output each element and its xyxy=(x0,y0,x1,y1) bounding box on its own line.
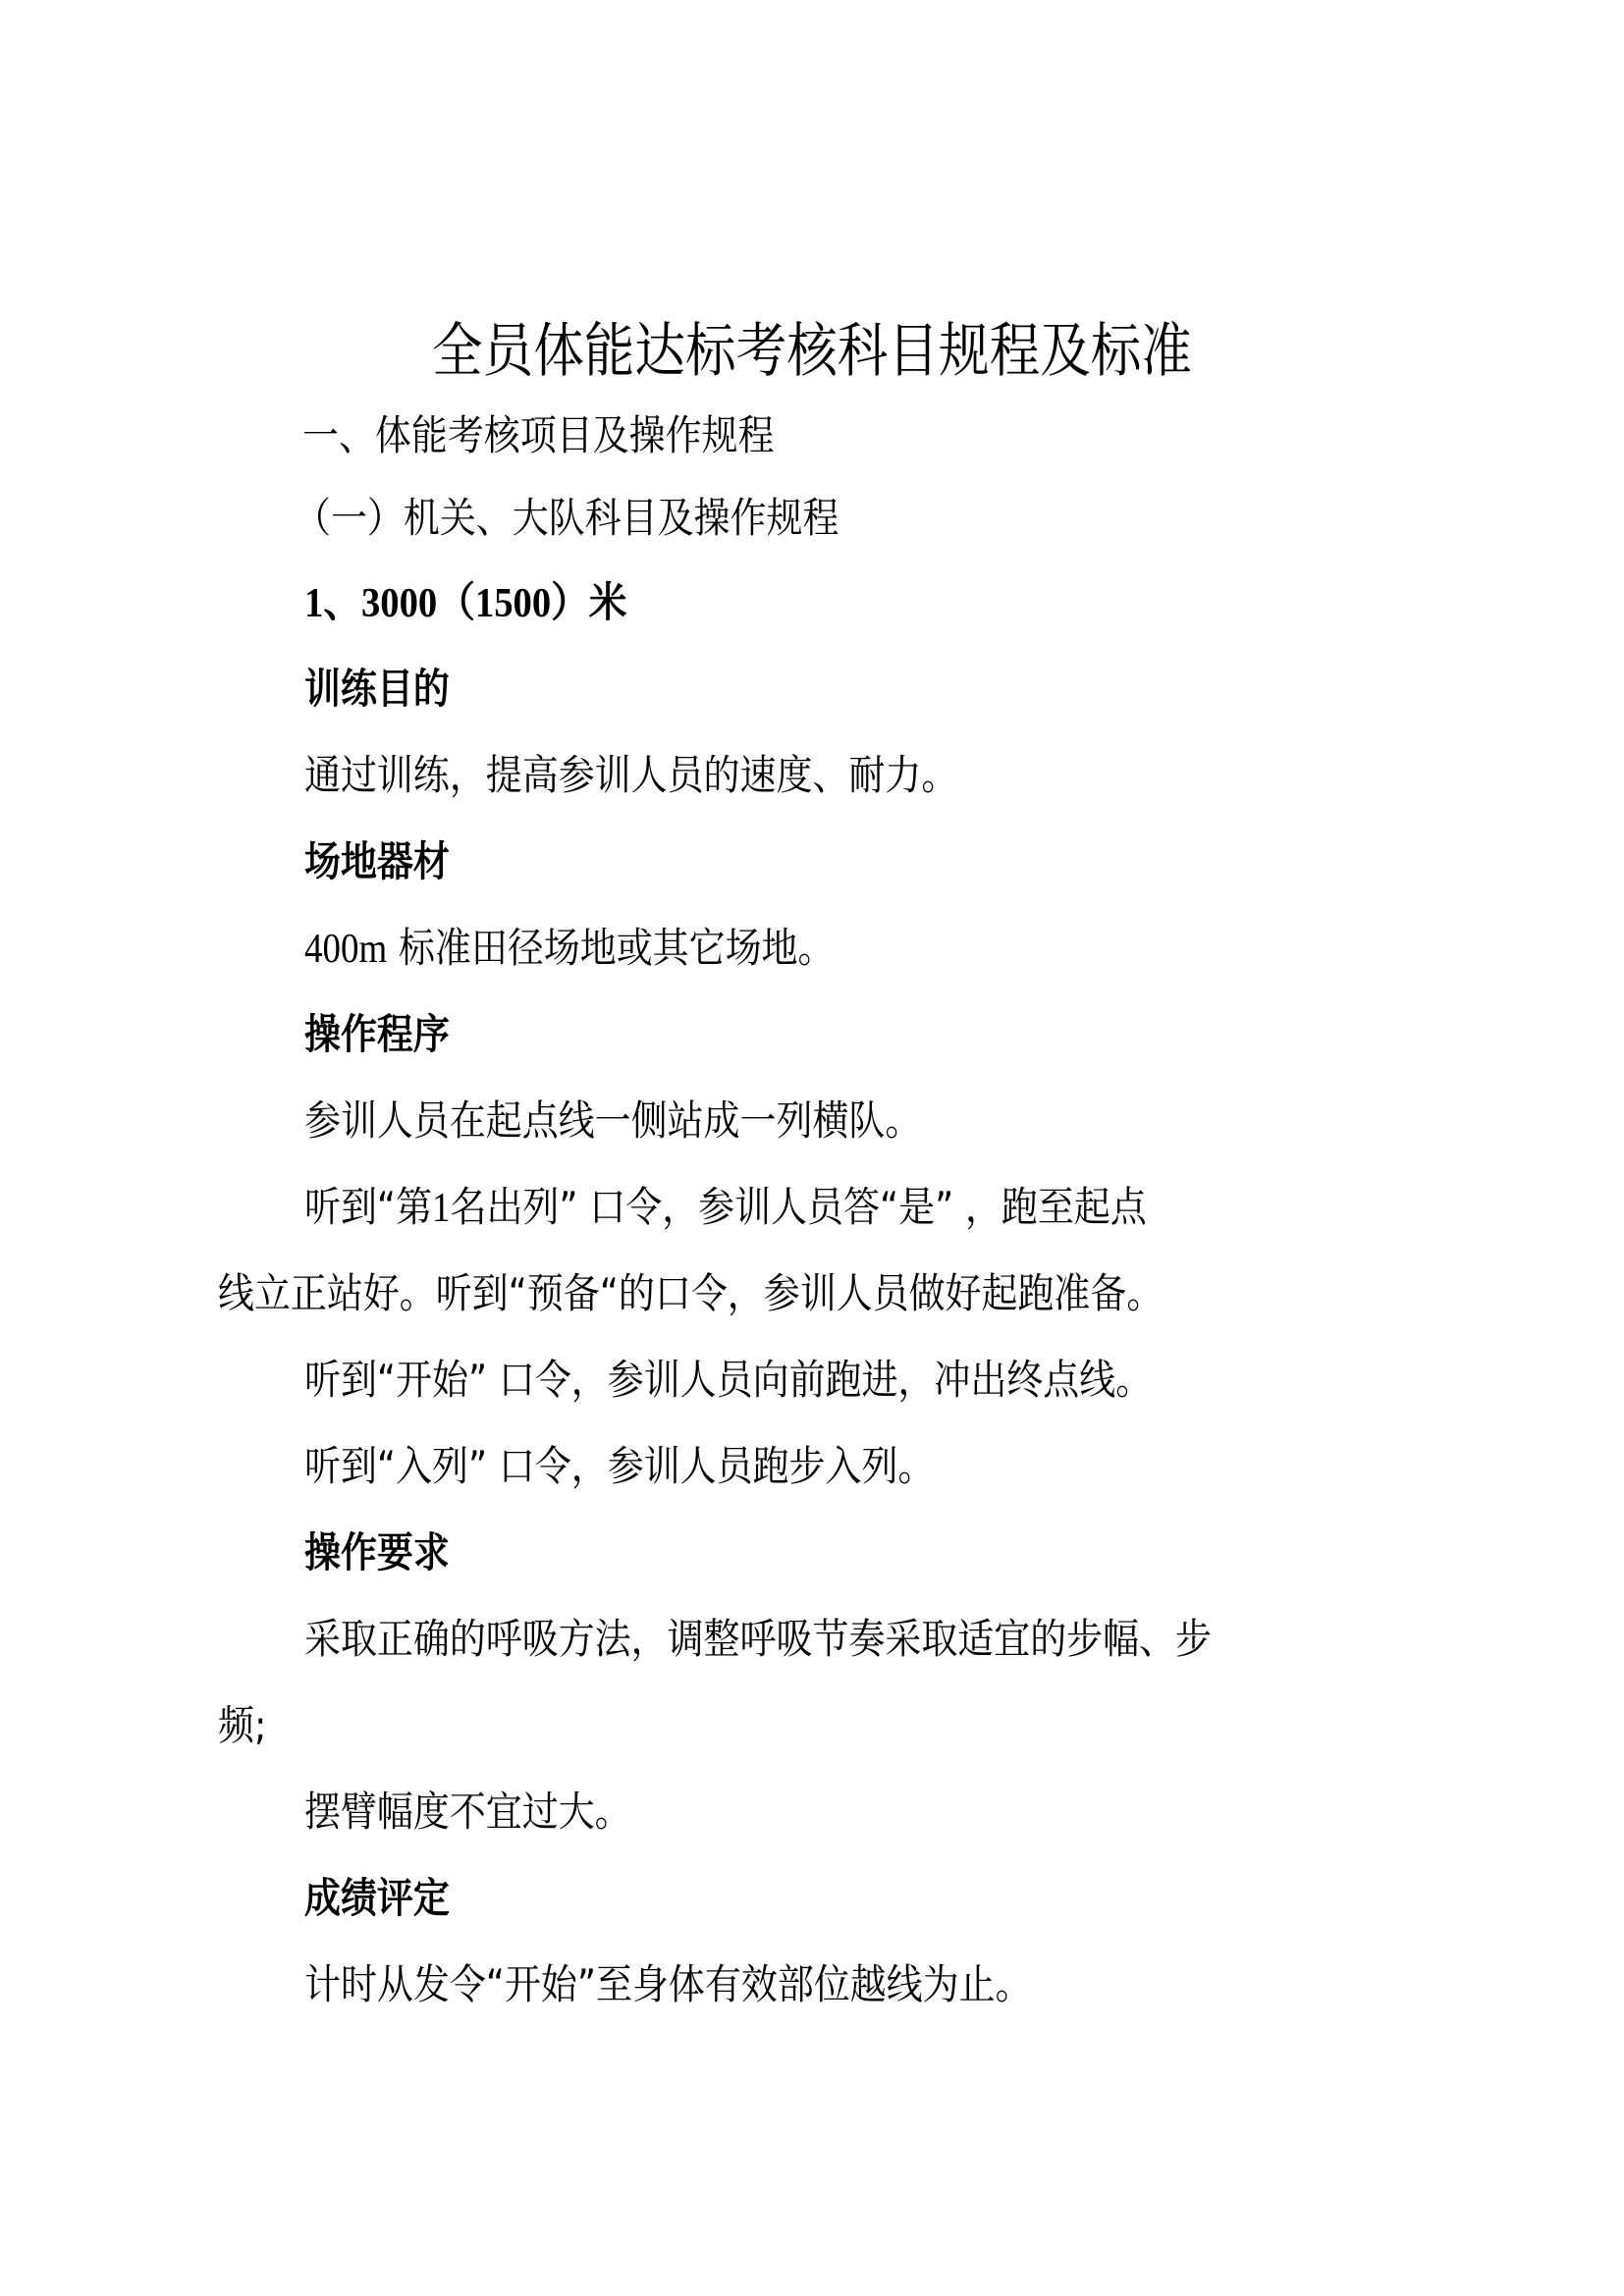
scoring-heading: 成绩评定 xyxy=(304,1869,450,1928)
training-purpose-heading: 训练目的 xyxy=(304,660,450,719)
procedure-line-2-number: 1 xyxy=(432,1186,450,1231)
requirements-line-2: 频; xyxy=(218,1696,266,1755)
scoring-text: 计时从发令“开始”至身体有效部位越线为止。 xyxy=(304,1955,1032,2014)
item-number: 1、3000（1500） xyxy=(304,581,589,626)
requirements-line-1: 采取正确的呼吸方法，调整呼吸节奏采取适宜的步幅、步 xyxy=(304,1610,1212,1669)
requirements-heading: 操作要求 xyxy=(304,1523,450,1582)
document-title: 全员体能达标考核科目规程及标准 xyxy=(114,312,1510,391)
subsection-heading: （一）机关、大队科目及操作规程 xyxy=(295,489,839,548)
procedure-line-5: 听到“入列” 口令，参训人员跑步入列。 xyxy=(304,1437,934,1496)
venue-text: 400m 标准田径场地或其它场地。 xyxy=(304,919,834,979)
procedure-line-2: 听到“第1名出列” 口令，参训人员答“是” ，跑至起点 xyxy=(304,1178,1147,1238)
procedure-line-2-rest: 名出列” 口令，参训人员答“是” ，跑至起点 xyxy=(451,1183,1147,1231)
item-unit: 米 xyxy=(589,578,627,626)
item-heading: 1、3000（1500）米 xyxy=(304,573,626,633)
venue-description: 标准田径场地或其它场地。 xyxy=(399,924,835,972)
procedure-line-1: 参训人员在起点线一侧站成一列横队。 xyxy=(304,1092,921,1150)
section-heading: 一、体能考核项目及操作规程 xyxy=(302,406,774,465)
venue-heading: 场地器材 xyxy=(304,832,450,891)
procedure-line-3: 线立正站好。听到“预备“的口令，参训人员做好起跑准备。 xyxy=(218,1264,1163,1323)
venue-distance: 400m xyxy=(304,927,387,972)
training-purpose-text: 通过训练，提高参训人员的速度、耐力。 xyxy=(304,746,957,805)
requirements-line-3: 摆臂幅度不宜过大。 xyxy=(304,1783,631,1842)
procedure-line-4: 听到“开始” 口令，参训人员向前跑进，冲出终点线。 xyxy=(304,1351,1152,1410)
procedure-line-2-start: 听到“第 xyxy=(304,1183,432,1231)
document-page: 全员体能达标考核科目规程及标准 一、体能考核项目及操作规程 （一）机关、大队科目… xyxy=(0,0,1624,2296)
procedure-heading: 操作程序 xyxy=(304,1005,450,1064)
